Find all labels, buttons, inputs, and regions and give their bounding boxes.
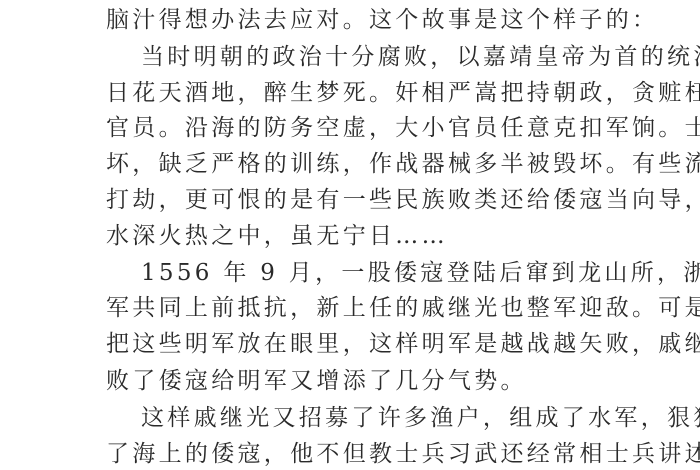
text-line: 军共同上前抵抗，新上任的戚继光也整军迎敌。可是倭寇并不 [106,295,584,321]
text-line: 打劫，更可恨的是有一些民族败类还给倭寇当向导，百姓如在 [106,187,584,213]
paragraph-start-line: 1556 年 9 月，一股倭寇登陆后窜到龙山所，浙江的几路明 [141,260,619,286]
text-line: 了海上的倭寇，他不但教士兵习武还经常相士兵讲述保家卫国 [106,441,584,467]
text-line: 官员。沿海的防务空虚，大小官员任意克扣军饷。士兵军纪败 [106,115,584,141]
text-line: 水深火热之中，虽无宁日…… [106,223,584,249]
paragraph-start-line: 这样戚继光又招募了许多渔户，组成了水军，狠狠的打击 [141,405,619,431]
text-line: 脑汁得想办法去应对。这个故事是这个样子的： [106,7,584,33]
text-line: 日花天酒地，醉生梦死。奸相严嵩把持朝政，贪赃枉法，贿赂 [106,80,584,106]
document-page: 脑汁得想办法去应对。这个故事是这个样子的： 当时明朝的政治十分腐败，以嘉靖皇帝为… [0,0,700,470]
text-line: 把这些明军放在眼里，这样明军是越战越矢败，戚继光急了打 [106,331,584,357]
paragraph-start-line: 当时明朝的政治十分腐败，以嘉靖皇帝为首的统治集团终 [141,44,619,70]
text-line: 坏，缺乏严格的训练，作战器械多半被毁坏。有些流氓还趁火 [106,151,584,177]
text-line: 败了倭寇给明军又增添了几分气势。 [106,368,584,394]
